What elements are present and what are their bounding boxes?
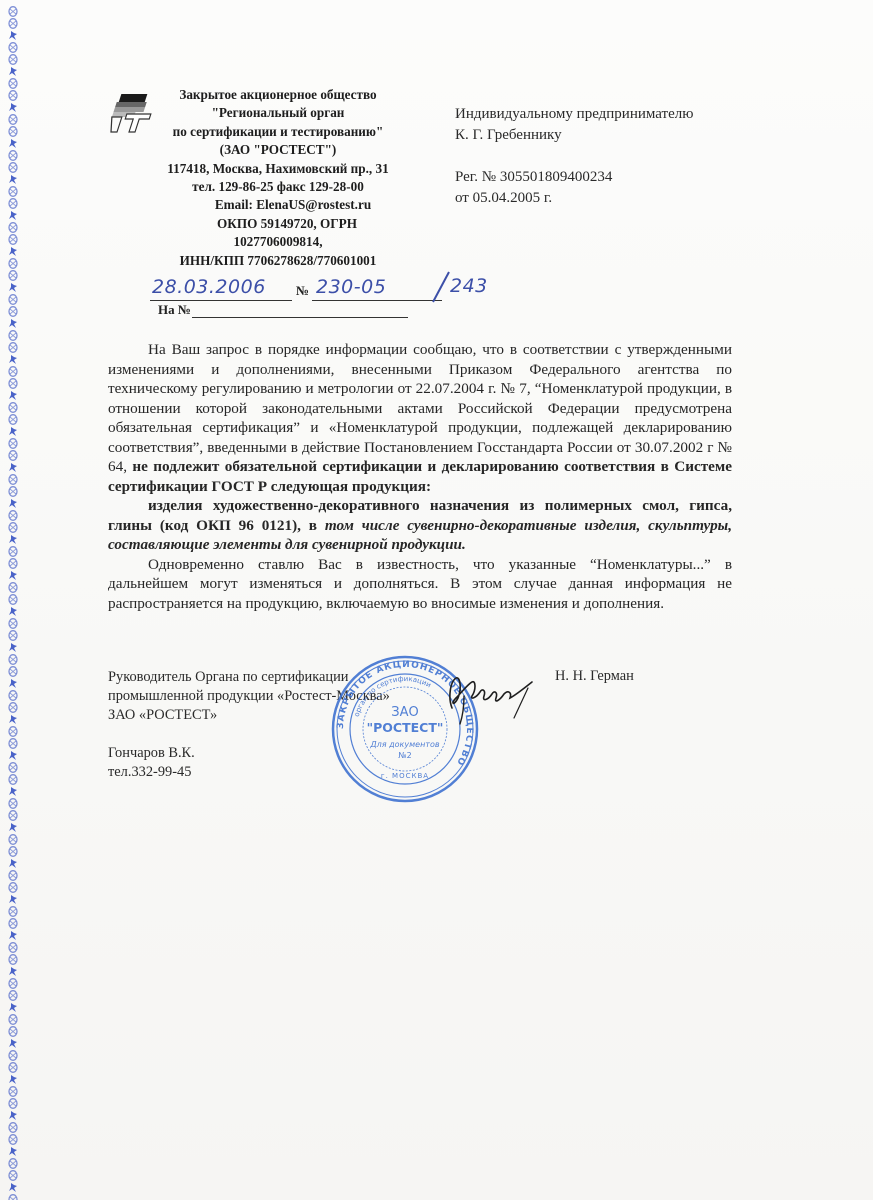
border-ornament-icon (8, 702, 18, 713)
border-ornament-icon (8, 258, 18, 269)
border-ornament-icon (8, 210, 18, 221)
border-ornament-icon (8, 1002, 18, 1013)
handwritten-signature (442, 668, 542, 728)
border-ornament-icon (8, 318, 18, 329)
org-address: 117418, Москва, Нахимовский пр., 31 (148, 160, 408, 178)
signer-name: Н. Н. Герман (555, 668, 634, 685)
border-ornament-icon (8, 1194, 18, 1200)
border-ornament-icon (8, 714, 18, 725)
org-line: "Региональный орган (148, 104, 408, 122)
border-ornament-icon (8, 1158, 18, 1169)
border-ornament-icon (8, 102, 18, 113)
border-ornament-icon (8, 366, 18, 377)
stamp-center-2: "РОСТЕСТ" (367, 720, 444, 735)
border-ornament-icon (8, 822, 18, 833)
border-ornament-icon (8, 978, 18, 989)
border-ornament-icon (8, 906, 18, 917)
border-ornament-icon (8, 630, 18, 641)
border-ornament-icon (8, 1014, 18, 1025)
border-ornament-icon (8, 738, 18, 749)
org-okpo-ogrn: ОКПО 59149720, ОГРН (148, 215, 408, 233)
border-ornament-icon (8, 678, 18, 689)
recipient-block: Индивидуальному предпринимателю К. Г. Гр… (455, 104, 765, 209)
border-ornament-icon (8, 990, 18, 1001)
border-ornament-icon (8, 414, 18, 425)
border-ornament-icon (8, 138, 18, 149)
border-ornament-icon (8, 18, 18, 29)
border-ornament-icon (8, 402, 18, 413)
recipient-title: Индивидуальному предпринимателю (455, 104, 765, 125)
border-ornament-icon (8, 894, 18, 905)
border-ornament-icon (8, 690, 18, 701)
border-ornament-icon (8, 1098, 18, 1109)
border-ornament-icon (8, 450, 18, 461)
border-ornament-icon (8, 774, 18, 785)
border-ornament-icon (8, 150, 18, 161)
body-paragraph-products: изделия художественно-декоративного назн… (108, 496, 732, 555)
border-ornament-icon (8, 30, 18, 41)
border-ornament-icon (8, 786, 18, 797)
border-ornament-icon (8, 1146, 18, 1157)
org-phone-fax: тел. 129-86-25 факс 129-28-00 (148, 178, 408, 196)
border-ornament-icon (8, 810, 18, 821)
body-paragraph-3: Одновременно ставлю Вас в известность, ч… (108, 555, 732, 614)
border-ornament-icon (8, 270, 18, 281)
border-ornament-icon (8, 114, 18, 125)
body-p1-emphasis: не подлежит обязательной сертификации и … (108, 458, 732, 495)
reply-to-underline (192, 317, 408, 318)
number-label: № (296, 283, 309, 299)
outgoing-number-suffix: 243 (450, 275, 488, 297)
border-ornament-icon (8, 942, 18, 953)
border-ornament-icon (8, 162, 18, 173)
border-ornament-icon (8, 6, 18, 17)
border-ornament-icon (8, 354, 18, 365)
border-ornament-icon (8, 474, 18, 485)
border-ornament-icon (8, 882, 18, 893)
scanned-letter-page: Закрытое акционерное общество "Региональ… (0, 0, 873, 1200)
organization-letterhead: Закрытое акционерное общество "Региональ… (148, 86, 408, 270)
border-ornament-icon (8, 246, 18, 257)
border-ornament-icon (8, 642, 18, 653)
border-ornament-icon (8, 378, 18, 389)
recipient-reg-number: Рег. № 305501809400234 (455, 167, 765, 188)
border-ornament-icon (8, 78, 18, 89)
handwritten-slash (432, 272, 450, 303)
body-p1-text: На Ваш запрос в порядке информации сообщ… (108, 341, 732, 475)
border-ornament-icon (8, 234, 18, 245)
border-ornament-icon (8, 1182, 18, 1193)
border-ornament-icon (8, 834, 18, 845)
border-ornament-icon (8, 462, 18, 473)
border-ornament-icon (8, 486, 18, 497)
border-ornament-icon (8, 534, 18, 545)
reply-to-label: На № (158, 302, 191, 318)
border-ornament-icon (8, 66, 18, 77)
stamp-bottom-text: г. МОСКВА (381, 772, 429, 780)
border-ornament-icon (8, 798, 18, 809)
border-ornament-icon (8, 966, 18, 977)
border-ornament-icon (8, 426, 18, 437)
org-line: (ЗАО "РОСТЕСТ") (148, 141, 408, 159)
border-ornament-icon (8, 330, 18, 341)
border-ornament-icon (8, 618, 18, 629)
border-ornament-icon (8, 1062, 18, 1073)
org-ogrn-number: 1027706009814, (148, 233, 408, 251)
border-ornament-icon (8, 606, 18, 617)
date-underline (150, 300, 292, 301)
border-ornament-icon (8, 750, 18, 761)
border-ornament-icon (8, 654, 18, 665)
border-ornament-icon (8, 1170, 18, 1181)
border-ornament-icon (8, 198, 18, 209)
border-ornament-icon (8, 222, 18, 233)
border-ornament-icon (8, 174, 18, 185)
number-underline (312, 300, 442, 301)
border-ornament-icon (8, 1110, 18, 1121)
border-ornament-icon (8, 498, 18, 509)
border-ornament-icon (8, 1026, 18, 1037)
border-ornament-icon (8, 954, 18, 965)
body-paragraph-1: На Ваш запрос в порядке информации сообщ… (108, 340, 732, 496)
border-ornament-icon (8, 930, 18, 941)
border-ornament-icon (8, 594, 18, 605)
border-ornament-icon (8, 846, 18, 857)
border-ornament-icon (8, 282, 18, 293)
border-ornament-icon (8, 570, 18, 581)
border-ornament-icon (8, 186, 18, 197)
border-ornament-icon (8, 126, 18, 137)
border-ornament-icon (8, 918, 18, 929)
stamp-center-3: Для документов (369, 740, 439, 749)
decorative-left-border (6, 0, 20, 1200)
letter-body: На Ваш запрос в порядке информации сообщ… (108, 340, 732, 613)
border-ornament-icon (8, 438, 18, 449)
border-ornament-icon (8, 1038, 18, 1049)
recipient-reg-date: от 05.04.2005 г. (455, 188, 765, 209)
org-line: Закрытое акционерное общество (148, 86, 408, 104)
border-ornament-icon (8, 1050, 18, 1061)
org-email: Email: ElenaUS@rostest.ru (148, 196, 408, 214)
border-ornament-icon (8, 666, 18, 677)
border-ornament-icon (8, 582, 18, 593)
border-ornament-icon (8, 510, 18, 521)
border-ornament-icon (8, 858, 18, 869)
border-ornament-icon (8, 294, 18, 305)
border-ornament-icon (8, 726, 18, 737)
org-inn-kpp: ИНН/КПП 7706278628/770601001 (148, 252, 408, 270)
border-ornament-icon (8, 558, 18, 569)
stamp-center-1: ЗАО (391, 705, 418, 720)
border-ornament-icon (8, 54, 18, 65)
border-ornament-icon (8, 1122, 18, 1133)
border-ornament-icon (8, 1134, 18, 1145)
border-ornament-icon (8, 42, 18, 53)
org-line: по сертификации и тестированию" (148, 123, 408, 141)
border-ornament-icon (8, 870, 18, 881)
outgoing-number: 230-05 (316, 276, 386, 298)
border-ornament-icon (8, 762, 18, 773)
border-ornament-icon (8, 546, 18, 557)
outgoing-date: 28.03.2006 (152, 276, 266, 298)
recipient-name: К. Г. Гребеннику (455, 125, 765, 146)
outgoing-reference: 28.03.2006 № 230-05 243 На № (150, 276, 490, 326)
stamp-center-4: №2 (398, 751, 411, 760)
border-ornament-icon (8, 342, 18, 353)
border-ornament-icon (8, 306, 18, 317)
border-ornament-icon (8, 390, 18, 401)
border-ornament-icon (8, 1086, 18, 1097)
border-ornament-icon (8, 522, 18, 533)
border-ornament-icon (8, 1074, 18, 1085)
border-ornament-icon (8, 90, 18, 101)
